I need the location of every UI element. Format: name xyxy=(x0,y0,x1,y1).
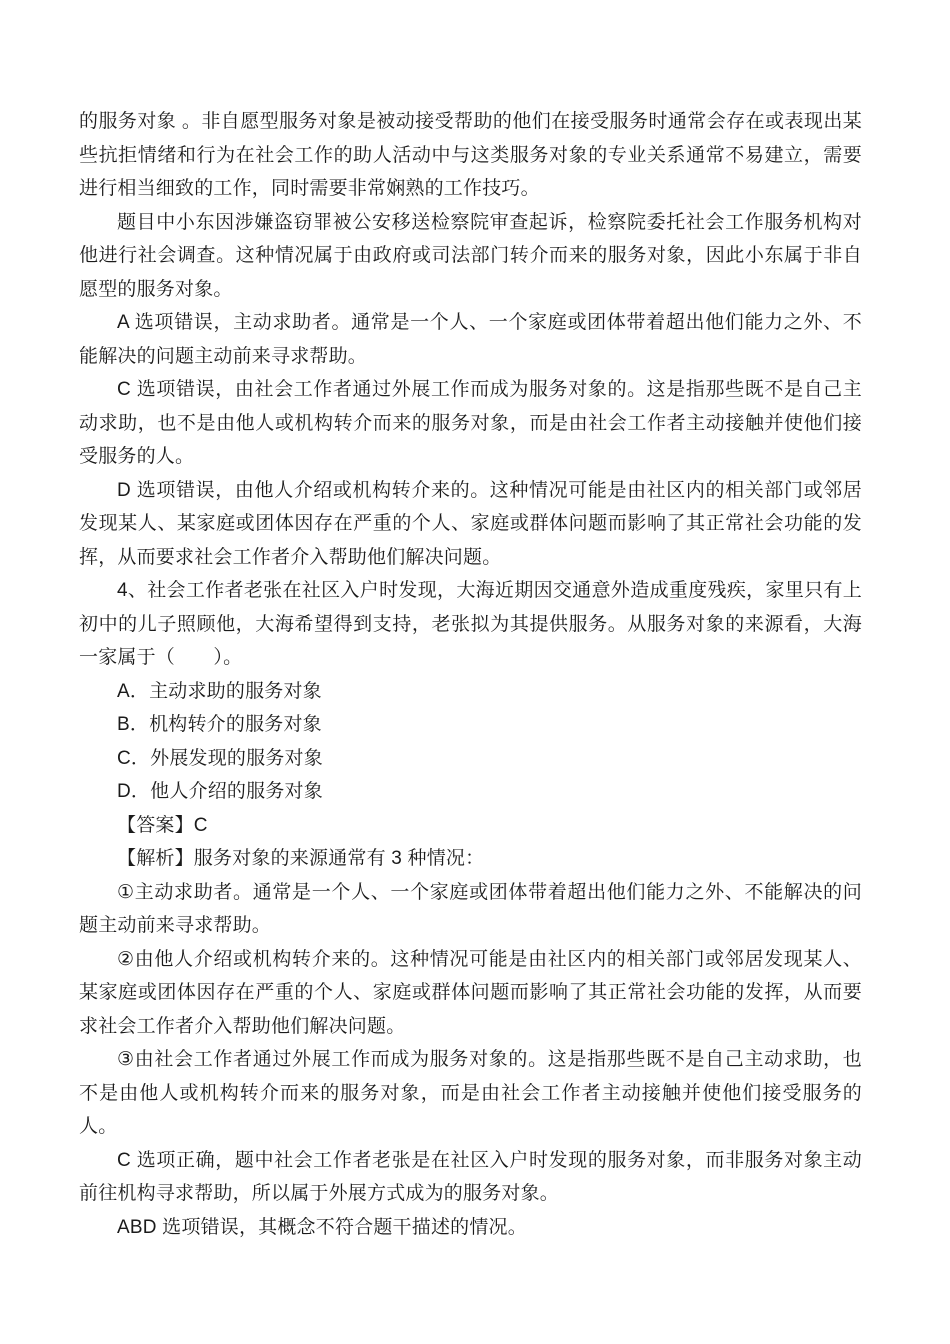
prev-question-option-d-note: D 选项错误，由他人介绍或机构转介来的。这种情况可能是由社区内的相关部门或邻居发… xyxy=(79,474,862,575)
prev-question-case-paragraph: 题目中小东因涉嫌盗窃罪被公安移送检察院审查起诉，检察院委托社会工作服务机构对他进… xyxy=(79,206,862,307)
question4-analysis-wrong-note: ABD 选项错误，其概念不符合题干描述的情况。 xyxy=(79,1211,862,1245)
question4-stem: 4、社会工作者老张在社区入户时发现，大海近期因交通意外造成重度残疾，家里只有上初… xyxy=(79,574,862,675)
question4-analysis-point2: ②由他人介绍或机构转介来的。这种情况可能是由社区内的相关部门或邻居发现某人、某家… xyxy=(79,943,862,1044)
question4-analysis-intro: 【解析】服务对象的来源通常有 3 种情况： xyxy=(79,842,862,876)
question4-answer-line: 【答案】C xyxy=(79,809,862,843)
continuation-paragraph: 的服务对象 。非自愿型服务对象是被动接受帮助的他们在接受服务时通常会存在或表现出… xyxy=(79,105,862,206)
document-page: 的服务对象 。非自愿型服务对象是被动接受帮助的他们在接受服务时通常会存在或表现出… xyxy=(0,0,950,1344)
question4-option-d: D．他人介绍的服务对象 xyxy=(79,775,862,809)
question4-option-c: C．外展发现的服务对象 xyxy=(79,742,862,776)
question4-option-b: B．机构转介的服务对象 xyxy=(79,708,862,742)
question4-analysis-point1: ①主动求助者。通常是一个人、一个家庭或团体带着超出他们能力之外、不能解决的问题主… xyxy=(79,876,862,943)
prev-question-option-c-note: C 选项错误，由社会工作者通过外展工作而成为服务对象的。这是指那些既不是自己主动… xyxy=(79,373,862,474)
prev-question-option-a-note: A 选项错误，主动求助者。通常是一个人、一个家庭或团体带着超出他们能力之外、不能… xyxy=(79,306,862,373)
question4-option-a: A．主动求助的服务对象 xyxy=(79,675,862,709)
question4-analysis-correct-note: C 选项正确，题中社会工作者老张是在社区入户时发现的服务对象，而非服务对象主动前… xyxy=(79,1144,862,1211)
question4-analysis-point3: ③由社会工作者通过外展工作而成为服务对象的。这是指那些既不是自己主动求助，也不是… xyxy=(79,1043,862,1144)
